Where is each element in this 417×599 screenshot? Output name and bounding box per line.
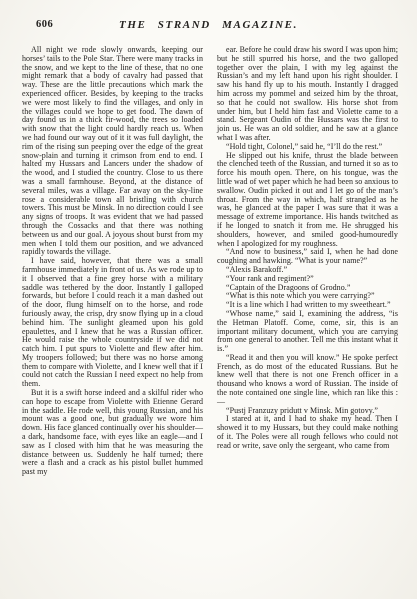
right-column: ear. Before he could draw his sword I wa…	[217, 46, 398, 477]
left-column: All night we rode slowly onwards, keepin…	[22, 46, 203, 477]
page-header: 606 THE STRAND MAGAZINE.	[0, 0, 417, 43]
magazine-page: 606 THE STRAND MAGAZINE. All night we ro…	[0, 0, 417, 599]
paragraph: “Read it and then you will know.” He spo…	[217, 354, 398, 407]
paragraph: I have said, however, that there was a s…	[22, 257, 203, 389]
paragraph: He slipped out his knife, thrust the bla…	[217, 152, 398, 249]
page-number: 606	[36, 19, 53, 30]
paragraph: ear. Before he could draw his sword I wa…	[217, 46, 398, 143]
journal-title: THE STRAND MAGAZINE.	[0, 19, 417, 31]
paragraph: All night we rode slowly onwards, keepin…	[22, 46, 203, 257]
paragraph: But it is a swift horse indeed and a ski…	[22, 389, 203, 477]
article-body: All night we rode slowly onwards, keepin…	[0, 43, 417, 477]
paragraph: I stared at it, and I had to shake my he…	[217, 415, 398, 450]
paragraph: “And now to business,” said I, when he h…	[217, 248, 398, 266]
paragraph: “Whose name,” said I, examining the addr…	[217, 310, 398, 354]
